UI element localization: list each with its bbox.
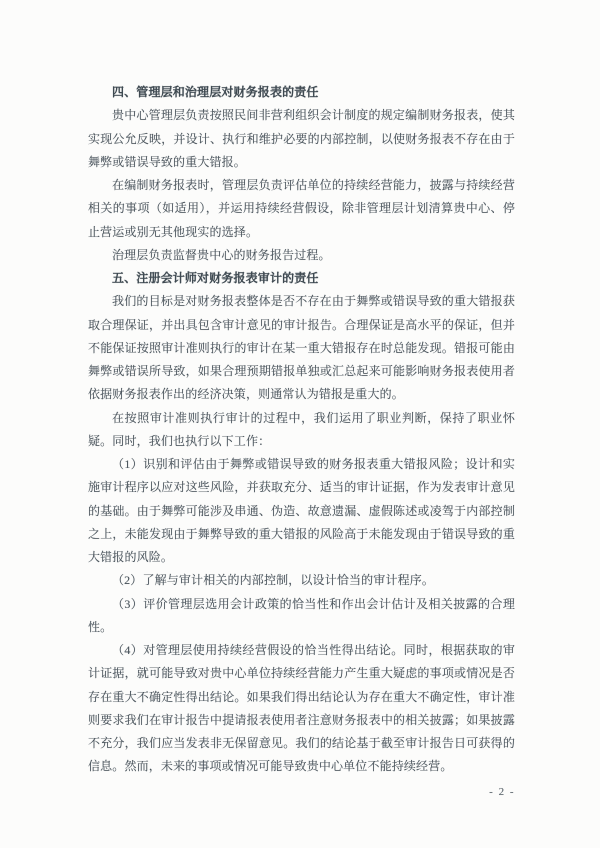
para-work-item-1: （1）识别和评估由于舞弊或错误导致的财务报表重大错报风险；设计和实施审计程序以应… [88,453,515,569]
scanned-document-page: 四、管理层和治理层对财务报表的责任 贵中心管理层负责按照民间非营利组织会计制度的… [0,0,600,848]
para-auditor-objective: 我们的目标是对财务报表整体是否不存在由于舞弊或错误导致的重大错报获取合理保证，并… [88,290,515,406]
para-work-item-4: （4）对管理层使用持续经营假设的恰当性得出结论。同时，根据获取的审计证据，就可能… [88,639,515,779]
para-management-responsibility: 贵中心管理层负责按照民间非营利组织会计制度的规定编制财务报表，使其实现公允反映，… [88,104,515,174]
document-body: 四、管理层和治理层对财务报表的责任 贵中心管理层负责按照民间非营利组织会计制度的… [88,81,515,779]
para-work-item-2: （2）了解与审计相关的内部控制，以设计恰当的审计程序。 [88,569,515,592]
para-professional-judgment: 在按照审计准则执行审计的过程中，我们运用了职业判断，保持了职业怀疑。同时，我们也… [88,407,515,454]
para-going-concern-assessment: 在编制财务报表时，管理层负责评估单位的持续经营能力，披露与持续经营相关的事项（如… [88,174,515,244]
section-5-heading: 五、注册会计师对财务报表审计的责任 [88,267,515,290]
para-work-item-3: （3）评价管理层选用会计政策的恰当性和作出会计估计及相关披露的合理性。 [88,593,515,640]
page-number: - 2 - [88,786,515,798]
section-4-heading: 四、管理层和治理层对财务报表的责任 [88,81,515,104]
para-governance-oversight: 治理层负责监督贵中心的财务报告过程。 [88,244,515,267]
